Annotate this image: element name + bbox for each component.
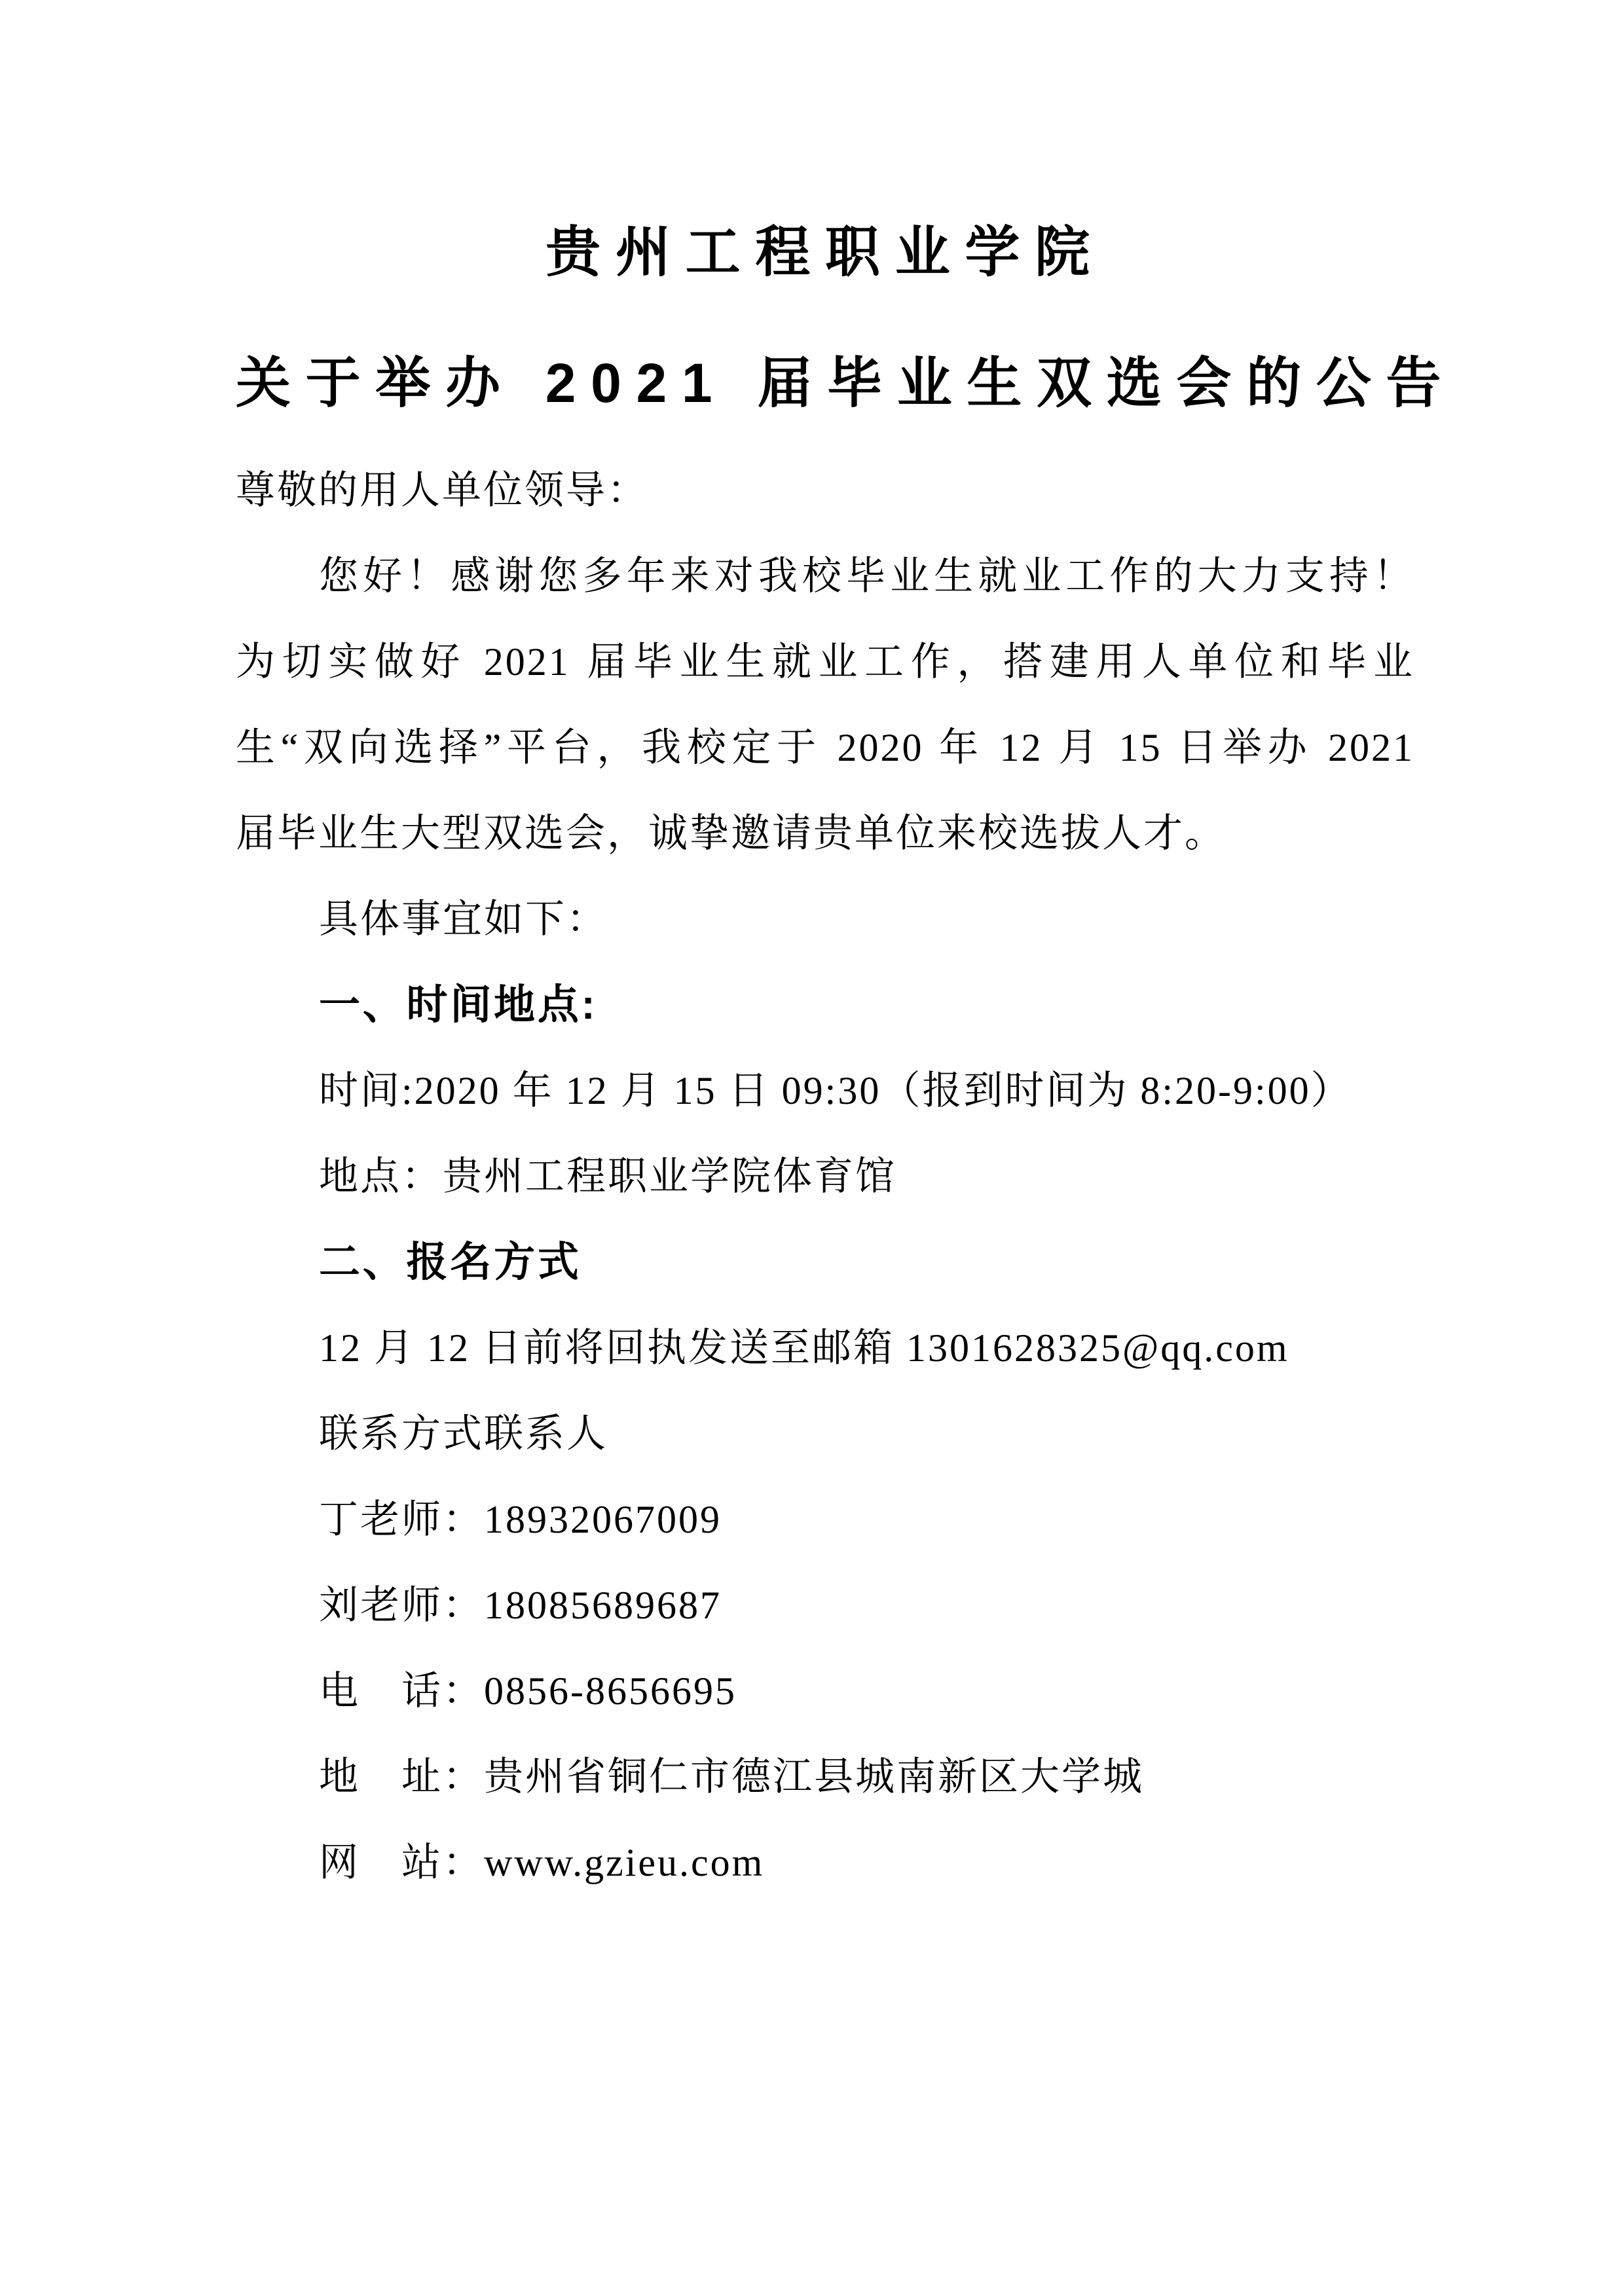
salutation: 尊敬的用人单位领导：	[236, 448, 1414, 534]
section-registration-heading: 二、报名方式	[236, 1220, 1414, 1305]
intro-line-2: 为切实做好 2021 届毕业生就业工作，搭建用人单位和毕业	[236, 619, 1414, 705]
doc-subtitle: 关于举办 2021 届毕业生双选会的公告	[236, 347, 1414, 419]
intro-line-1: 您好！感谢您多年来对我校毕业生就业工作的大力支持！	[236, 534, 1414, 619]
website-line: 网 站：www.gzieu.com	[236, 1820, 1414, 1906]
doc-body: 尊敬的用人单位领导： 您好！感谢您多年来对我校毕业生就业工作的大力支持！ 为切实…	[236, 448, 1414, 1906]
details-lead: 具体事宜如下：	[236, 877, 1414, 962]
section-time-place-heading: 一、时间地点:	[236, 962, 1414, 1048]
address-line: 地 址：贵州省铜仁市德江县城南新区大学城	[236, 1734, 1414, 1820]
time-line: 时间:2020 年 12 月 15 日 09:30（报到时间为 8:20-9:0…	[236, 1048, 1414, 1134]
place-line: 地点：贵州工程职业学院体育馆	[236, 1134, 1414, 1220]
contact-ding-line: 丁老师：18932067009	[236, 1477, 1414, 1563]
intro-line-4: 届毕业生大型双选会，诚挚邀请贵单位来校选拔人才。	[236, 791, 1414, 877]
document-page: 贵州工程职业学院 关于举办 2021 届毕业生双选会的公告 尊敬的用人单位领导：…	[0, 0, 1624, 2296]
intro-line-3: 生“双向选择”平台，我校定于 2020 年 12 月 15 日举办 2021	[236, 705, 1414, 791]
contacts-lead: 联系方式联系人	[236, 1391, 1414, 1477]
contact-liu-line: 刘老师：18085689687	[236, 1563, 1414, 1649]
document-content: 贵州工程职业学院 关于举办 2021 届毕业生双选会的公告 尊敬的用人单位领导：…	[0, 0, 1624, 1906]
email-line: 12 月 12 日前将回执发送至邮箱 1301628325@qq.com	[236, 1305, 1414, 1391]
doc-title: 贵州工程职业学院	[236, 216, 1414, 288]
phone-line: 电 话：0856-8656695	[236, 1649, 1414, 1734]
